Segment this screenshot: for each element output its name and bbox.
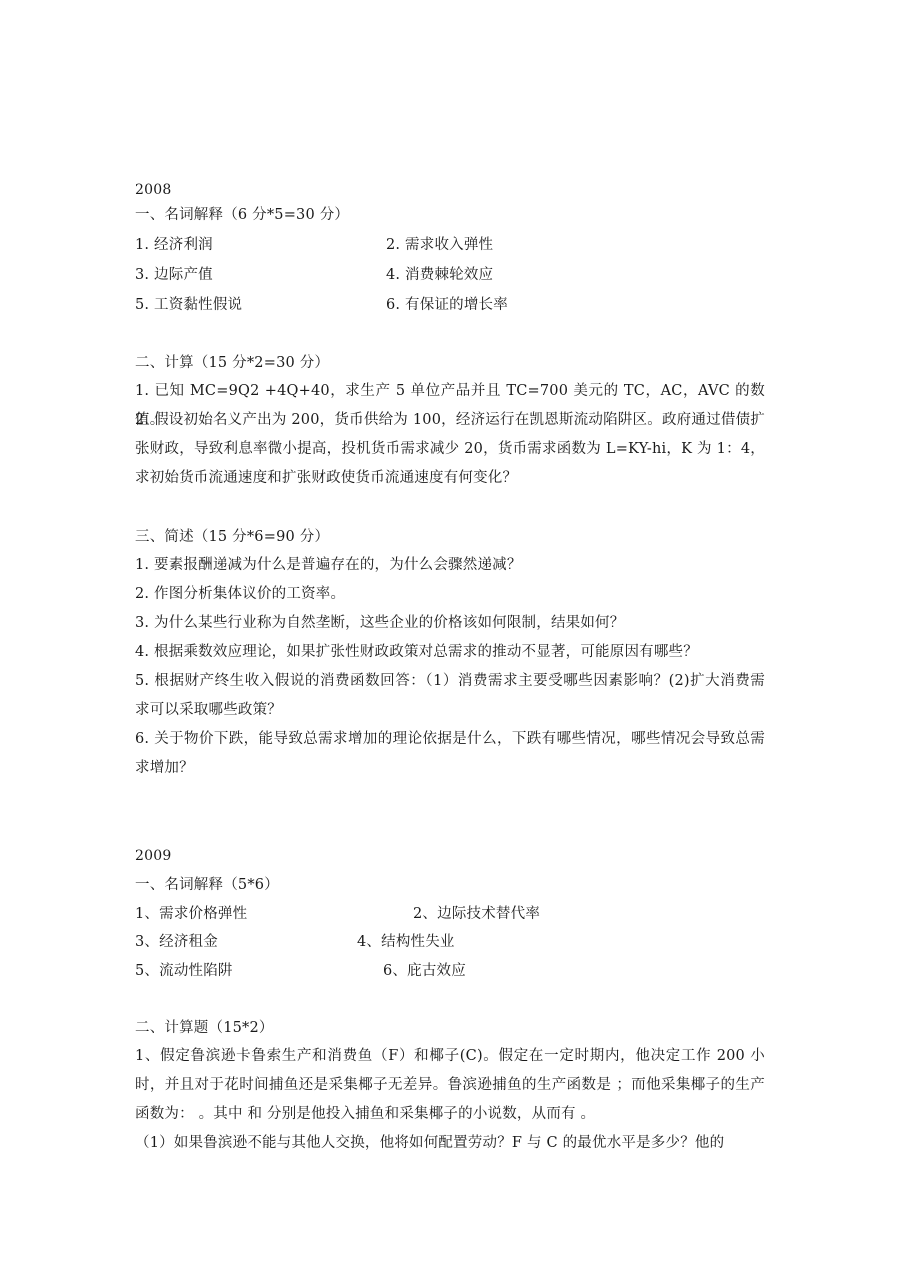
year-heading-2008: 2008 [135,181,171,199]
term-item: 5、流动性陷阱 [135,962,233,980]
calc-question: 2. 假设初始名义产出为 200，货币供给为 100，经济运行在凯恩斯流动陷阱区… [135,406,765,493]
term-item: 6. 有保证的增长率 [386,296,508,314]
brief-question: 6. 关于物价下跌，能导致总需求增加的理论依据是什么，下跌有哪些情况，哪些情况会… [135,725,765,783]
brief-question: 1. 要素报酬递减为什么是普遍存在的，为什么会骤然递减？ [135,551,765,580]
term-item: 2、边际技术替代率 [413,905,540,923]
section-heading-calc-2009: 二、计算题（15*2） [135,1019,274,1037]
brief-question: 2. 作图分析集体议价的工资率。 [135,580,765,609]
brief-question: 5. 根据财产终生收入假说的消费函数回答：（1）消费需求主要受哪些因素影响？(2… [135,667,765,725]
term-item: 6、庇古效应 [383,962,466,980]
section-heading-brief-2008: 三、简述（15 分*6=90 分） [135,528,329,546]
year-heading-2009: 2009 [135,847,171,865]
section-heading-terms-2009: 一、名词解释（5*6） [135,876,279,894]
section-heading-terms-2008: 一、名词解释（6 分*5=30 分） [135,206,349,224]
term-item: 4、结构性失业 [357,933,455,951]
brief-question: 4. 根据乘数效应理论，如果扩张性财政政策对总需求的推动不显著，可能原因有哪些？ [135,638,765,667]
brief-question: 3. 为什么某些行业称为自然垄断，这些企业的价格该如何限制，结果如何？ [135,609,765,638]
term-item: 5. 工资黏性假说 [135,296,242,314]
section-heading-calc-2008: 二、计算（15 分*2=30 分） [135,354,329,372]
term-item: 1. 经济利润 [135,236,213,254]
document-page: 2008 一、名词解释（6 分*5=30 分） 1. 经济利润 2. 需求收入弹… [0,0,900,1272]
term-item: 4. 消费棘轮效应 [386,266,493,284]
calc-question: （1）如果鲁滨逊不能与其他人交换，他将如何配置劳动？F 与 C 的最优水平是多少… [135,1129,765,1158]
calc-question: 1、假定鲁滨逊卡鲁索生产和消费鱼（F）和椰子(C)。假定在一定时期内，他决定工作… [135,1042,765,1129]
term-item: 3、经济租金 [135,933,218,951]
term-item: 2. 需求收入弹性 [386,236,493,254]
term-item: 3. 边际产值 [135,266,213,284]
term-item: 1、需求价格弹性 [135,905,247,923]
